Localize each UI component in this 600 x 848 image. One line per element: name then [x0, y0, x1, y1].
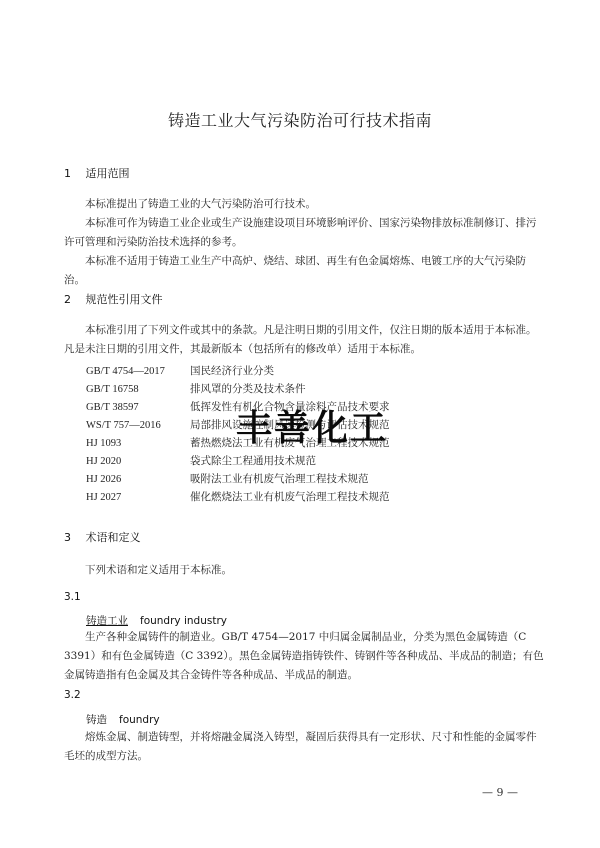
- paragraph: 下列术语和定义适用于本标准。: [64, 561, 544, 580]
- reference-title: 吸附法工业有机废气治理工程技术规范: [190, 471, 369, 486]
- paragraph: 本标准可作为铸造工业企业或生产设施建设项目环境影响评价、国家污染物排放标准制修订…: [64, 214, 544, 252]
- section-number: 1: [64, 167, 82, 180]
- paragraph: 本标准提出了铸造工业的大气污染防治可行技术。: [64, 195, 544, 214]
- watermark: 丰善化工: [236, 400, 388, 451]
- reference-item: HJ 2020袋式除尘工程通用技术规范: [86, 453, 316, 471]
- section-number: 3: [64, 531, 82, 544]
- term-en: foundry: [119, 714, 160, 726]
- term-number: 3.1: [64, 591, 81, 603]
- reference-item: GB/T 4754—2017国民经济行业分类: [86, 363, 274, 381]
- term-definition: 生产各种金属铸件的制造业。GB/T 4754—2017 中归属金属制品业，分类为…: [64, 628, 544, 685]
- reference-code: GB/T 16758: [86, 384, 190, 395]
- reference-item: HJ 2027催化燃烧法工业有机废气治理工程技术规范: [86, 489, 390, 507]
- reference-code: HJ 1093: [86, 438, 190, 449]
- term-number: 3.2: [64, 689, 81, 701]
- reference-title: 催化燃烧法工业有机废气治理工程技术规范: [190, 489, 390, 504]
- section-1-heading: 1 适用范围: [64, 165, 130, 181]
- reference-code: HJ 2027: [86, 492, 190, 503]
- reference-title: 排风罩的分类及技术条件: [190, 381, 306, 396]
- section-number: 2: [64, 293, 82, 306]
- term-en: foundry industry: [140, 615, 227, 627]
- term-definition: 熔炼金属、制造铸型，并将熔融金属浇入铸型，凝固后获得具有一定形状、尺寸和性能的金…: [64, 728, 544, 766]
- section-title: 规范性引用文件: [86, 293, 163, 306]
- term-heading: 铸造foundry: [86, 712, 160, 727]
- reference-code: GB/T 4754—2017: [86, 366, 190, 377]
- section-2-heading: 2 规范性引用文件: [64, 291, 163, 307]
- term-heading: 铸造工业foundry industry: [86, 613, 227, 628]
- paragraph: 本标准引用了下列文件或其中的条款。凡是注明日期的引用文件，仅注日期的版本适用于本…: [64, 321, 544, 359]
- reference-item: HJ 2026吸附法工业有机废气治理工程技术规范: [86, 471, 369, 489]
- reference-item: GB/T 16758排风罩的分类及技术条件: [86, 381, 306, 399]
- reference-code: WS/T 757—2016: [86, 420, 190, 431]
- term-zh: 铸造工业: [86, 615, 128, 627]
- section-title: 适用范围: [86, 167, 130, 180]
- reference-code: HJ 2020: [86, 456, 190, 467]
- section-3-heading: 3 术语和定义: [64, 529, 141, 545]
- paragraph: 本标准不适用于铸造工业生产中高炉、烧结、球团、再生有色金属熔炼、电镀工序的大气污…: [64, 252, 544, 290]
- reference-title: 国民经济行业分类: [190, 363, 274, 378]
- document-title: 铸造工业大气污染防治可行技术指南: [0, 108, 600, 131]
- reference-title: 袋式除尘工程通用技术规范: [190, 453, 316, 468]
- reference-code: HJ 2026: [86, 474, 190, 485]
- section-title: 术语和定义: [86, 531, 141, 544]
- document-page: 铸造工业大气污染防治可行技术指南 1 适用范围 本标准提出了铸造工业的大气污染防…: [0, 0, 600, 848]
- page-number: — 9 —: [482, 786, 518, 799]
- term-zh: 铸造: [86, 714, 107, 726]
- reference-code: GB/T 38597: [86, 402, 190, 413]
